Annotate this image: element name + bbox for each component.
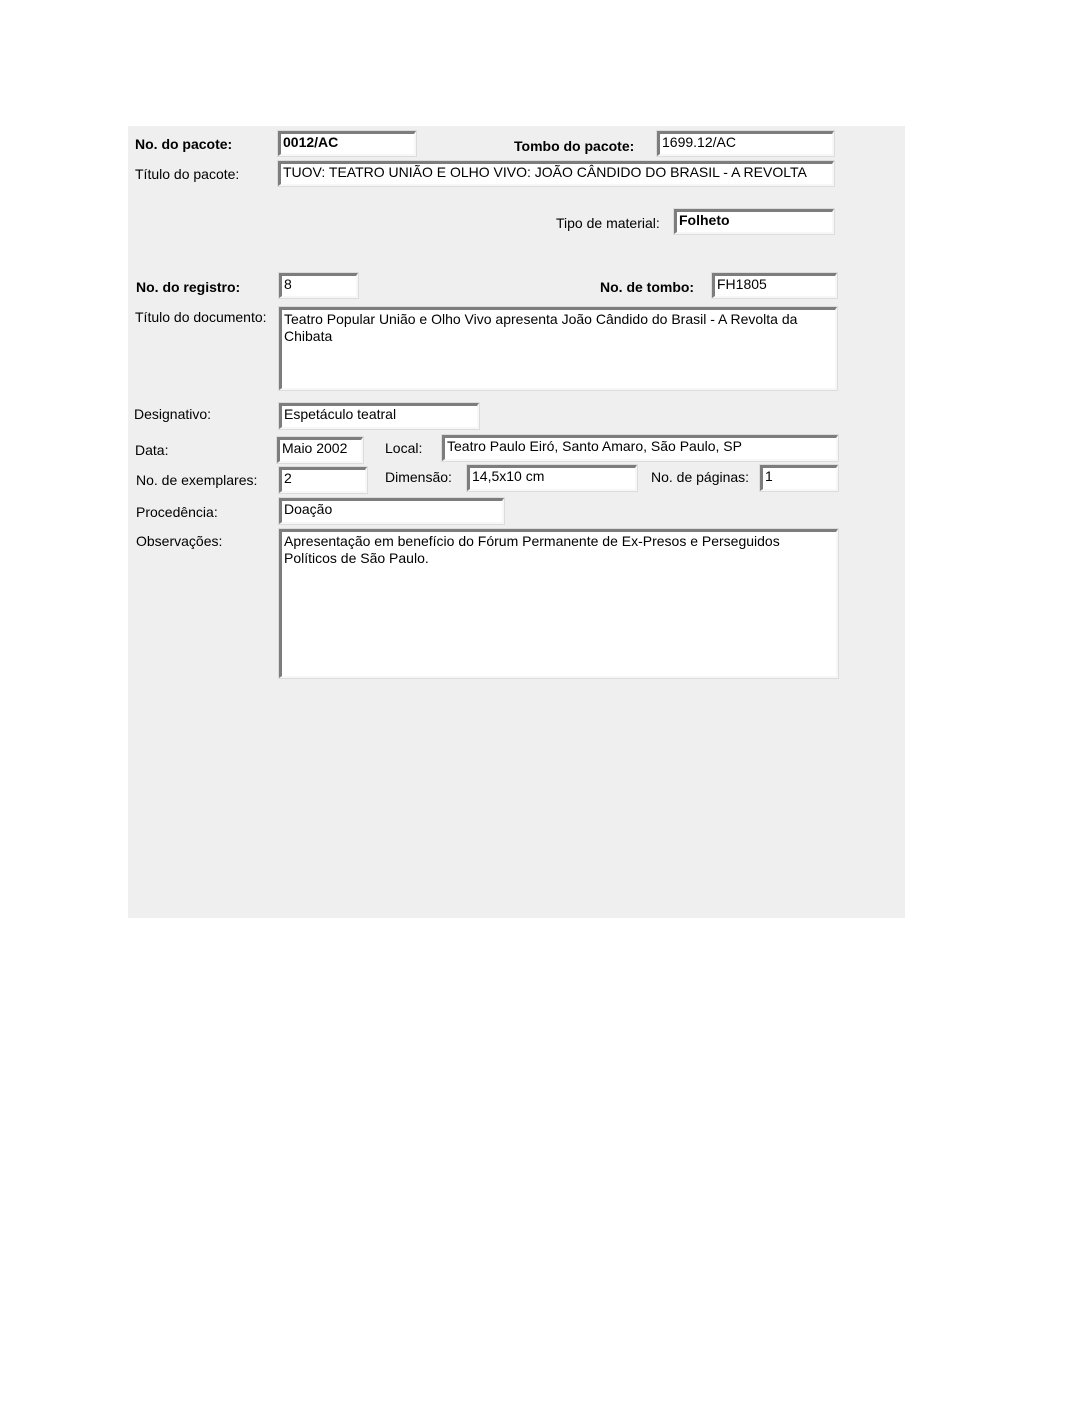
package-title-label: Título do pacote:	[135, 166, 239, 182]
provenance-label: Procedência:	[136, 504, 218, 520]
record-number-label: No. do registro:	[136, 279, 240, 295]
location-field[interactable]: Teatro Paulo Eiró, Santo Amaro, São Paul…	[442, 435, 838, 461]
package-number-label: No. do pacote:	[135, 136, 232, 152]
designation-field[interactable]: Espetáculo teatral	[279, 403, 479, 429]
record-form-panel	[128, 126, 905, 918]
material-type-field[interactable]: Folheto	[674, 209, 834, 234]
tombo-number-label: No. de tombo:	[600, 279, 694, 295]
designation-label: Designativo:	[134, 406, 211, 422]
notes-label: Observações:	[136, 533, 222, 549]
tombo-number-field[interactable]: FH1805	[712, 273, 837, 298]
package-title-field[interactable]: TUOV: TEATRO UNIÃO E OLHO VIVO: JOÃO CÂN…	[278, 161, 834, 186]
provenance-field[interactable]: Doação	[279, 498, 504, 524]
package-tombo-field[interactable]: 1699.12/AC	[657, 131, 834, 156]
material-type-label: Tipo de material:	[556, 215, 660, 231]
dimension-label: Dimensão:	[385, 469, 452, 485]
copies-field[interactable]: 2	[279, 467, 367, 493]
pages-field[interactable]: 1	[760, 465, 838, 491]
date-field[interactable]: Maio 2002	[277, 437, 363, 463]
copies-label: No. de exemplares:	[136, 472, 257, 488]
notes-field[interactable]: Apresentação em benefício do Fórum Perma…	[279, 529, 838, 678]
dimension-field[interactable]: 14,5x10 cm	[467, 465, 637, 491]
package-number-field[interactable]: 0012/AC	[278, 131, 416, 156]
package-tombo-label: Tombo do pacote:	[514, 138, 634, 154]
document-title-label: Título do documento:	[135, 309, 267, 325]
date-label: Data:	[135, 442, 168, 458]
record-number-field[interactable]: 8	[279, 273, 358, 298]
document-title-field[interactable]: Teatro Popular União e Olho Vivo apresen…	[279, 307, 837, 390]
pages-label: No. de páginas:	[651, 469, 749, 485]
location-label: Local:	[385, 440, 422, 456]
